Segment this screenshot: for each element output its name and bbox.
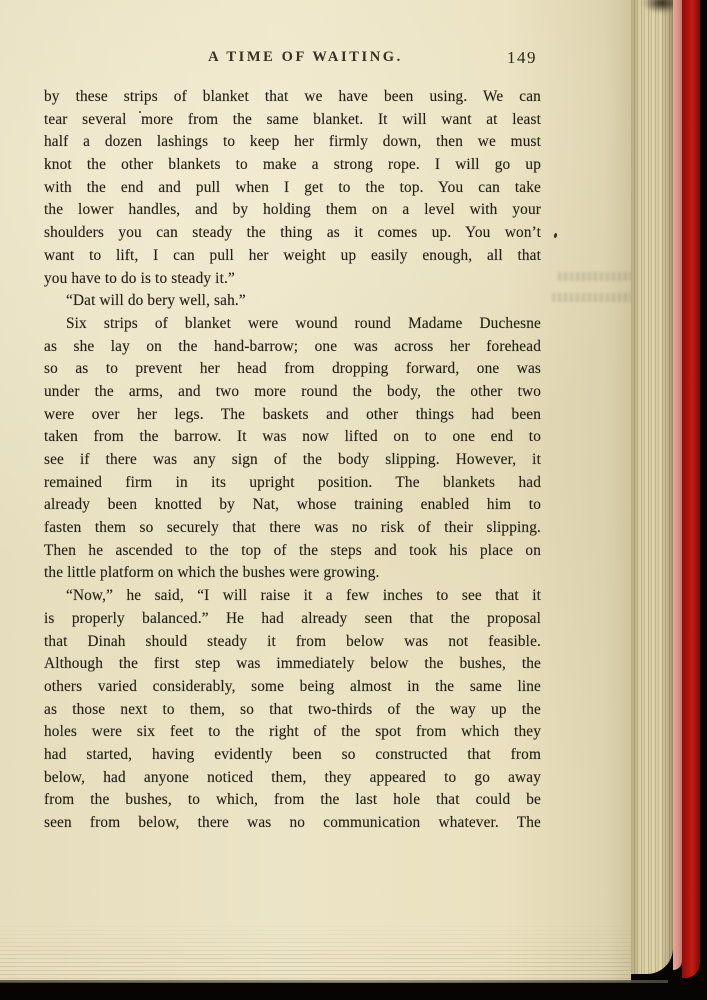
text-line: knot the other blankets to make a strong… [44,154,541,177]
text-line: tear several more from the same blanket.… [44,109,541,132]
text-line: shoulders you can steady the thing as it… [44,222,541,245]
text-line: “Now,” he said, “I will raise it a few i… [44,585,541,608]
text-line: see if there was any sign of the body sl… [44,449,541,472]
text-line: by these strips of blanket that we have … [44,86,541,109]
text-line: holes were six feet to the right of the … [44,721,541,744]
text-line: were over her legs. The baskets and othe… [44,404,541,427]
endpaper-edge [673,0,682,970]
text-line: that Dinah should steady it from below w… [44,631,541,654]
page-number: 149 [507,48,537,68]
text-line: had started, having evidently been so co… [44,744,541,767]
text-line: half a dozen lashings to keep her firmly… [44,131,541,154]
text-line: seen from below, there was no communicat… [44,812,541,835]
fore-edge-page-stack [631,0,673,974]
text-line: already been knotted by Nat, whose train… [44,494,541,517]
ink-fleck [139,111,141,113]
text-line: below, had anyone noticed them, they app… [44,767,541,790]
text-line: as she lay on the hand-barrow; one was a… [44,336,541,359]
text-line: taken from the barrow. It was now lifted… [44,426,541,449]
text-line: fasten them so securely that there was n… [44,517,541,540]
text-line: the little platform on which the bushes … [44,562,541,585]
paragraph: by these strips of blanket that we have … [44,86,541,290]
text-line: you have to do is to steady it.” [44,268,541,291]
text-line: with the end and pull when I get to the … [44,177,541,200]
running-title: A TIME OF WAITING. [44,49,541,66]
paragraph: Six strips of blanket were wound round M… [44,313,541,585]
book-scan-scene: A TIME OF WAITING. 149 by these strips o… [0,0,707,1000]
text-line: others varied considerably, some being a… [44,676,541,699]
text-line: under the arms, and two more round the b… [44,381,541,404]
paragraph: “Dat will do bery well, sah.” [44,290,541,313]
text-line: Although the first step was immediately … [44,653,541,676]
text-line: so as to prevent her head from dropping … [44,358,541,381]
red-cover-edge [682,0,700,978]
paragraph: “Now,” he said, “I will raise it a few i… [44,585,541,835]
text-line: the lower handles, and by holding them o… [44,199,541,222]
page-text: by these strips of blanket that we have … [44,86,541,835]
bottom-page-edges-texture [0,922,631,982]
book-page: A TIME OF WAITING. 149 by these strips o… [0,0,631,982]
text-line: want to lift, I can pull her weight up e… [44,245,541,268]
text-line: from the bushes, to which, from the last… [44,789,541,812]
text-line: is properly balanced.” He had already se… [44,608,541,631]
show-through-text [558,272,640,281]
text-line: Six strips of blanket were wound round M… [44,313,541,336]
text-line: remained firm in its upright position. T… [44,472,541,495]
page-header: A TIME OF WAITING. 149 [44,49,541,71]
text-line: as those next to them, so that two-third… [44,699,541,722]
page-bottom-highlight [0,980,668,983]
text-line: Then he ascended to the top of the steps… [44,540,541,563]
text-line: “Dat will do bery well, sah.” [44,290,541,313]
